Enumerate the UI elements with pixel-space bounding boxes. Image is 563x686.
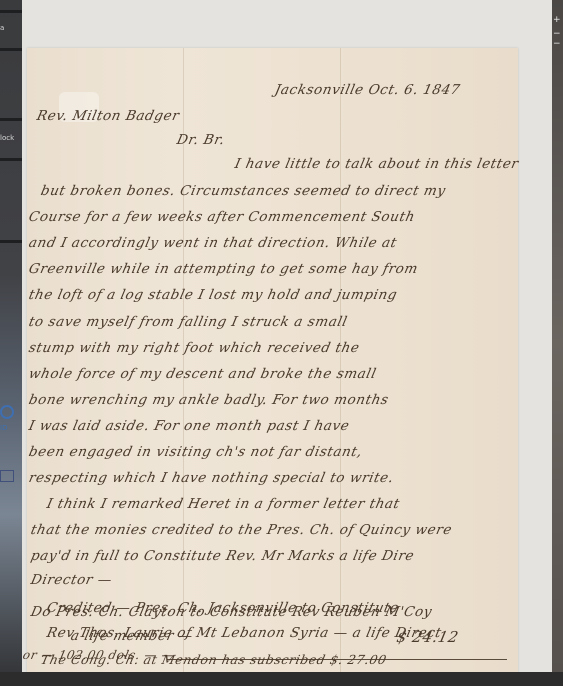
body-line: The Cong. Ch. at Mendon has subscribed $… bbox=[39, 652, 388, 667]
background-right-strip: + − − bbox=[552, 0, 563, 686]
minus-icon: − bbox=[553, 40, 561, 49]
box-icon bbox=[0, 470, 14, 482]
body-line: pay'd in full to Constitute Rev. Mr Mark… bbox=[29, 548, 415, 564]
divider bbox=[0, 158, 22, 161]
letter-paper: Jacksonville Oct. 6. 1847 Rev. Milton Ba… bbox=[27, 48, 518, 674]
divider bbox=[0, 118, 22, 121]
body-line: the loft of a log stable I lost my hold … bbox=[27, 287, 398, 303]
amount: $ 24.12 bbox=[395, 628, 460, 646]
body-line: Course for a few weeks after Commencemen… bbox=[27, 209, 416, 225]
left-strip-label: lock bbox=[0, 134, 14, 142]
body-line: stump with my right foot which received … bbox=[27, 340, 361, 356]
divider bbox=[0, 10, 22, 13]
plus-icon: + bbox=[553, 16, 561, 25]
body-line: Greenville while in attempting to get so… bbox=[27, 261, 419, 277]
body-line: a life member — bbox=[69, 628, 194, 644]
body-line: bone wrenching my ankle badly. For two m… bbox=[27, 392, 390, 408]
body-line: and I accordingly went in that direction… bbox=[27, 235, 398, 251]
dateline: Jacksonville Oct. 6. 1847 bbox=[273, 82, 461, 98]
salutation: Dr. Br. bbox=[175, 132, 226, 148]
divider bbox=[0, 48, 22, 51]
body-line: Do Pres. Ch. Clayton to Constitute Rev R… bbox=[29, 604, 433, 620]
left-strip-label: a bbox=[0, 24, 4, 32]
background-bottom-edge bbox=[0, 672, 563, 686]
logo-icon bbox=[0, 405, 14, 419]
body-line: Director — bbox=[29, 572, 113, 588]
body-line: I was laid aside. For one month past I h… bbox=[27, 418, 351, 434]
body-line: whole force of my descent and broke the … bbox=[27, 366, 378, 382]
body-line: that the monies credited to the Pres. Ch… bbox=[29, 522, 453, 538]
fold-line bbox=[340, 48, 341, 674]
body-line: but broken bones. Circumstances seemed t… bbox=[39, 183, 447, 199]
divider bbox=[0, 240, 22, 243]
left-strip-label: ID bbox=[0, 424, 7, 432]
letter-paper-lower: Do Pres. Ch. Clayton to Constitute Rev R… bbox=[27, 600, 518, 674]
background-left-strip: a lock ID bbox=[0, 0, 22, 686]
body-line: I have little to talk about in this lett… bbox=[233, 156, 520, 172]
body-line: been engaged in visiting ch's not far di… bbox=[27, 444, 364, 460]
body-line: respecting which I have nothing special … bbox=[27, 470, 395, 486]
body-line: I think I remarked Heret in a former let… bbox=[45, 496, 401, 512]
body-line: to save myself from falling I struck a s… bbox=[27, 314, 349, 330]
minus-icon: − bbox=[553, 30, 561, 39]
recipient-name: Rev. Milton Badger bbox=[35, 108, 181, 124]
